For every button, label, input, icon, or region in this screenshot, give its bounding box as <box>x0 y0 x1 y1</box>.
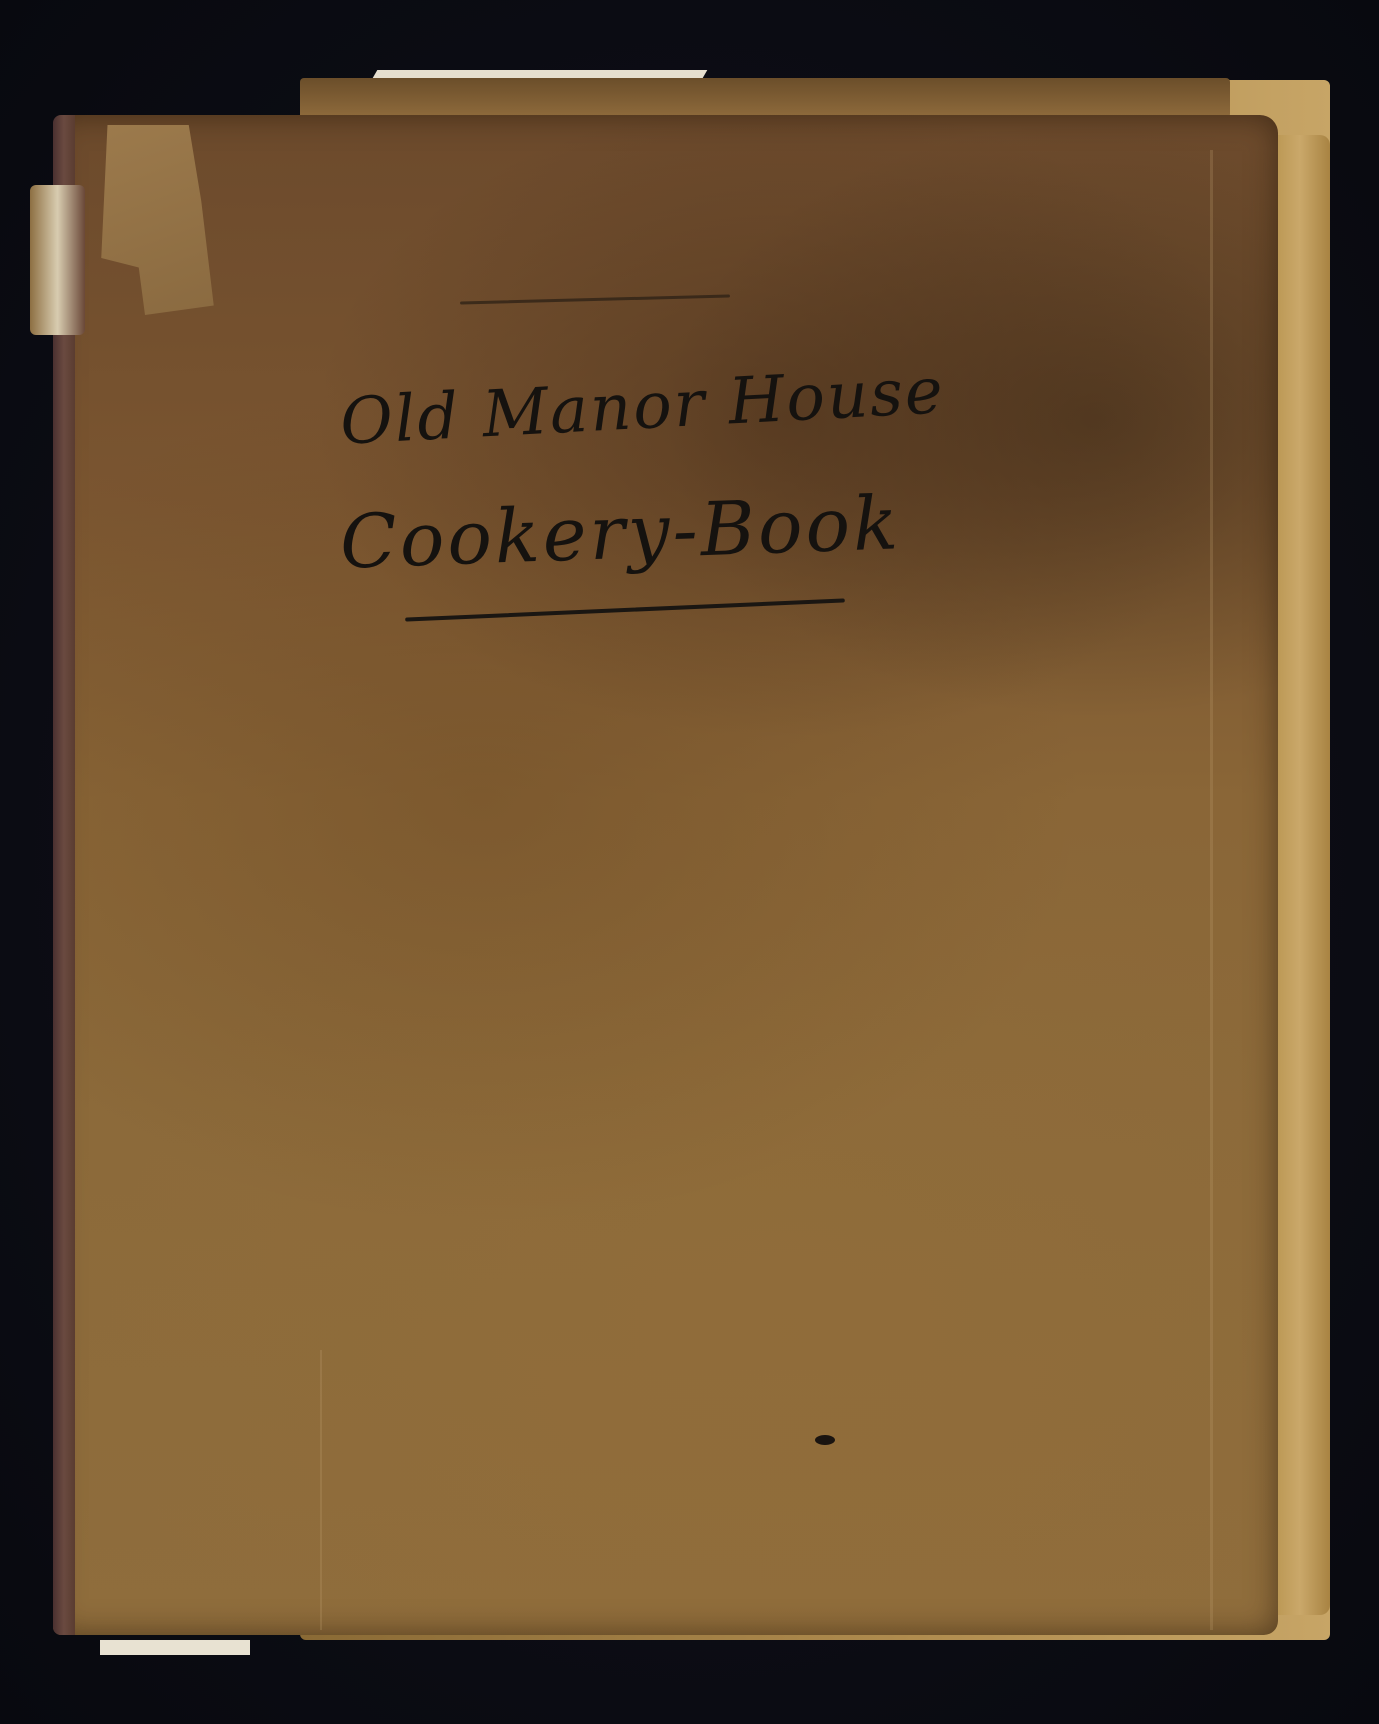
cover-fold-crease <box>1210 150 1213 1630</box>
book-spine <box>53 115 75 1635</box>
bottom-corner-paper <box>100 1640 250 1655</box>
book-cover <box>53 115 1278 1635</box>
torn-spine-top <box>30 185 85 335</box>
cover-hole <box>815 1435 835 1445</box>
page-block-top-edge <box>300 78 1230 118</box>
cover-crease <box>320 1350 322 1630</box>
